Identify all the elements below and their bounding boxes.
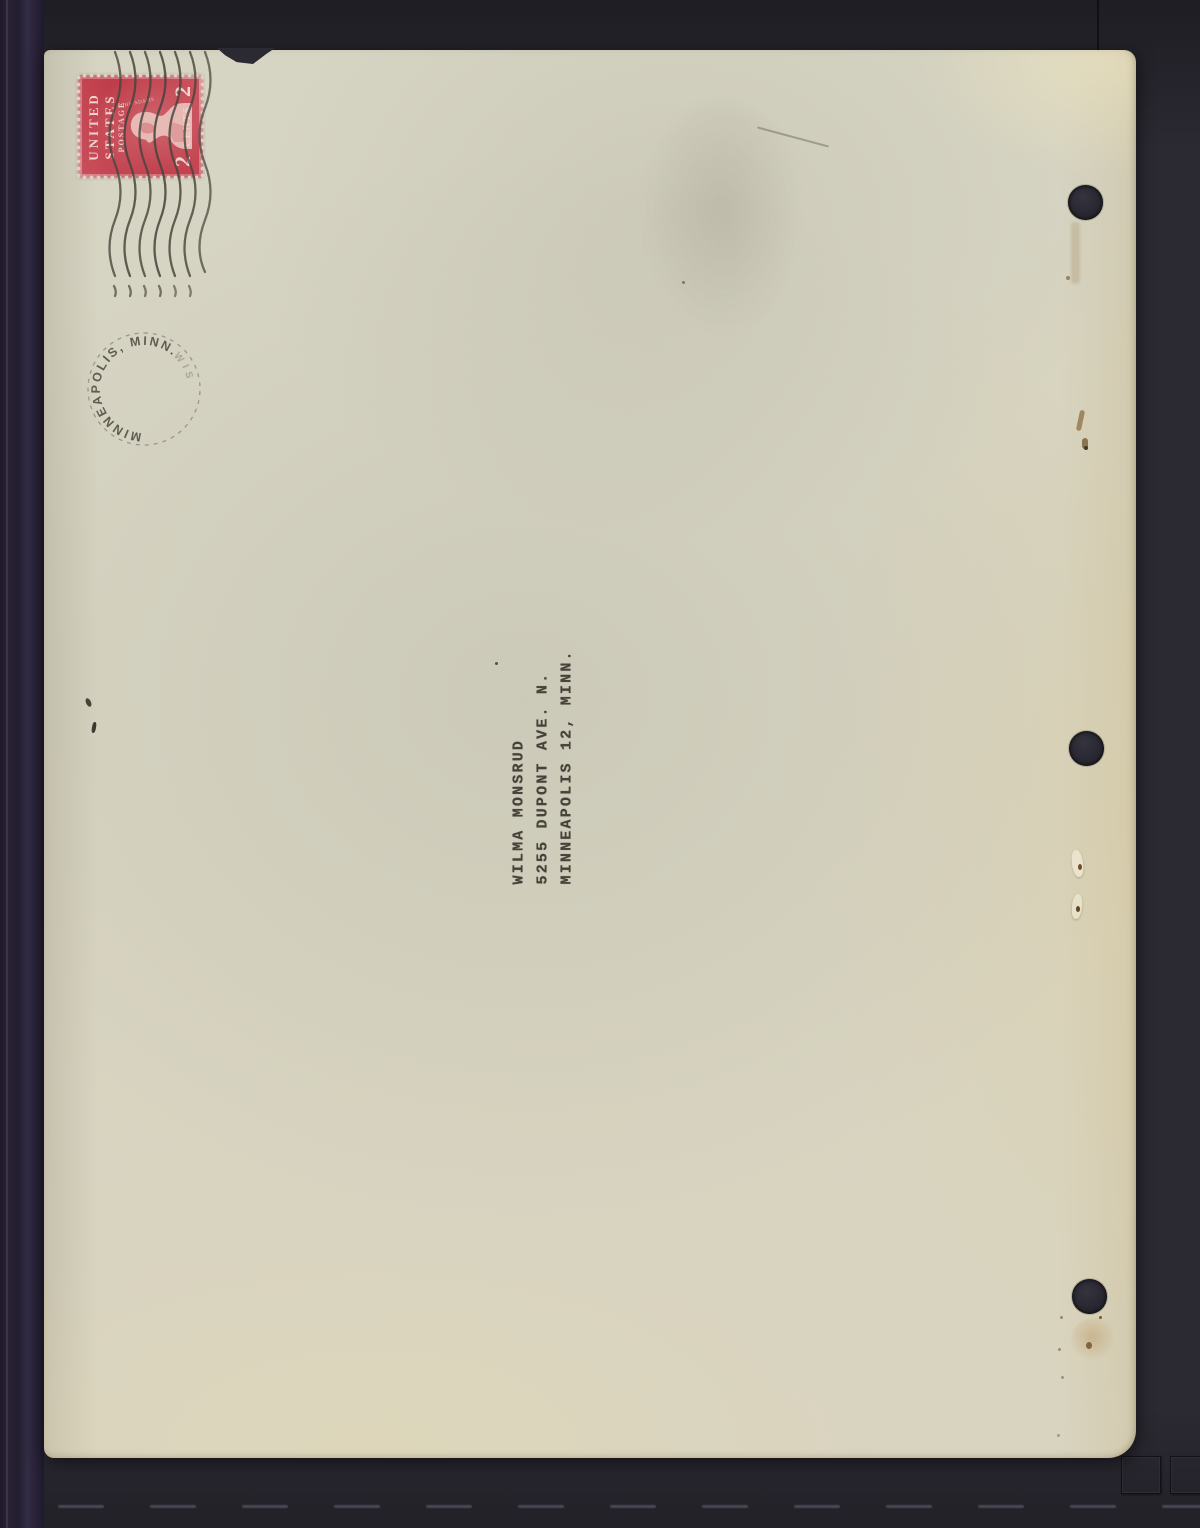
scanner-scale-mark bbox=[1162, 1505, 1200, 1508]
scanner-emboss-mark bbox=[1170, 1456, 1200, 1494]
scanner-scale-mark bbox=[426, 1505, 472, 1508]
scanner-scale-mark bbox=[518, 1505, 564, 1508]
stain-speck bbox=[1058, 1348, 1061, 1351]
stain-speck bbox=[1084, 446, 1088, 450]
binding-highlight bbox=[6, 0, 8, 1528]
postmark-faint-text: WIS bbox=[171, 351, 195, 384]
svg-text:WIS: WIS bbox=[171, 351, 195, 384]
stamp-country-line1: UNITED bbox=[87, 79, 100, 174]
envelope-paper: UNITED STATES POSTAGE JOHN ADAMS 2 CENTS… bbox=[44, 50, 1136, 1458]
scanner-scale-mark bbox=[702, 1505, 748, 1508]
stain-speck bbox=[1086, 1342, 1092, 1349]
ink-speck bbox=[91, 722, 97, 734]
ink-speck bbox=[495, 662, 498, 665]
postmark-circle: MINNEAPOLIS, MINN. WIS bbox=[79, 324, 209, 454]
stain-blob bbox=[1071, 1318, 1117, 1360]
stain-mark bbox=[1076, 410, 1085, 432]
scanner-scale-mark bbox=[334, 1505, 380, 1508]
stain-mark bbox=[1071, 222, 1080, 284]
perforation-edge bbox=[75, 75, 82, 178]
smudge-stain bbox=[642, 102, 802, 334]
scanned-envelope-page: { "scene": { "background_color": "#2b2a3… bbox=[0, 0, 1200, 1528]
scanner-scale-mark bbox=[610, 1505, 656, 1508]
paper-tear-mark bbox=[1070, 849, 1085, 877]
scanner-scale-mark bbox=[1070, 1505, 1116, 1508]
postmark-city-text: MINNEAPOLIS, MINN. bbox=[89, 334, 181, 445]
cancellation-wavy-lines bbox=[100, 50, 220, 298]
address-block: WILMA MONSRUD 5255 DUPONT AVE. N. MINNEA… bbox=[508, 650, 580, 885]
punch-hole-middle bbox=[1069, 731, 1104, 766]
stain-speck bbox=[1060, 1316, 1063, 1319]
scanner-scale-mark bbox=[150, 1505, 196, 1508]
top-edge-tear bbox=[217, 48, 275, 64]
stain-speck bbox=[1057, 1434, 1060, 1437]
scanner-scale-mark bbox=[794, 1505, 840, 1508]
scanner-emboss-mark bbox=[1121, 1456, 1161, 1494]
scanner-scale-mark bbox=[58, 1505, 104, 1508]
address-line-city: MINNEAPOLIS 12, MINN. bbox=[556, 650, 580, 885]
stain-speck bbox=[1076, 906, 1080, 912]
svg-text:MINNEAPOLIS, MINN.: MINNEAPOLIS, MINN. bbox=[89, 334, 181, 445]
ink-speck bbox=[682, 281, 685, 284]
stain-speck bbox=[1099, 1316, 1102, 1319]
scanner-artifact-line bbox=[1097, 0, 1099, 54]
stain-speck bbox=[1078, 864, 1082, 870]
postmark-ring bbox=[88, 333, 200, 445]
stain-speck bbox=[1066, 276, 1070, 280]
address-line-street: 5255 DUPONT AVE. N. bbox=[532, 650, 556, 885]
address-line-name: WILMA MONSRUD bbox=[508, 650, 532, 885]
stain-speck bbox=[1061, 1376, 1064, 1379]
scanner-scale-mark bbox=[978, 1505, 1024, 1508]
scanner-scale-mark bbox=[886, 1505, 932, 1508]
ink-speck bbox=[84, 697, 92, 707]
punch-hole-top bbox=[1068, 185, 1103, 220]
punch-hole-bottom bbox=[1072, 1279, 1107, 1314]
scanner-scale-mark bbox=[242, 1505, 288, 1508]
